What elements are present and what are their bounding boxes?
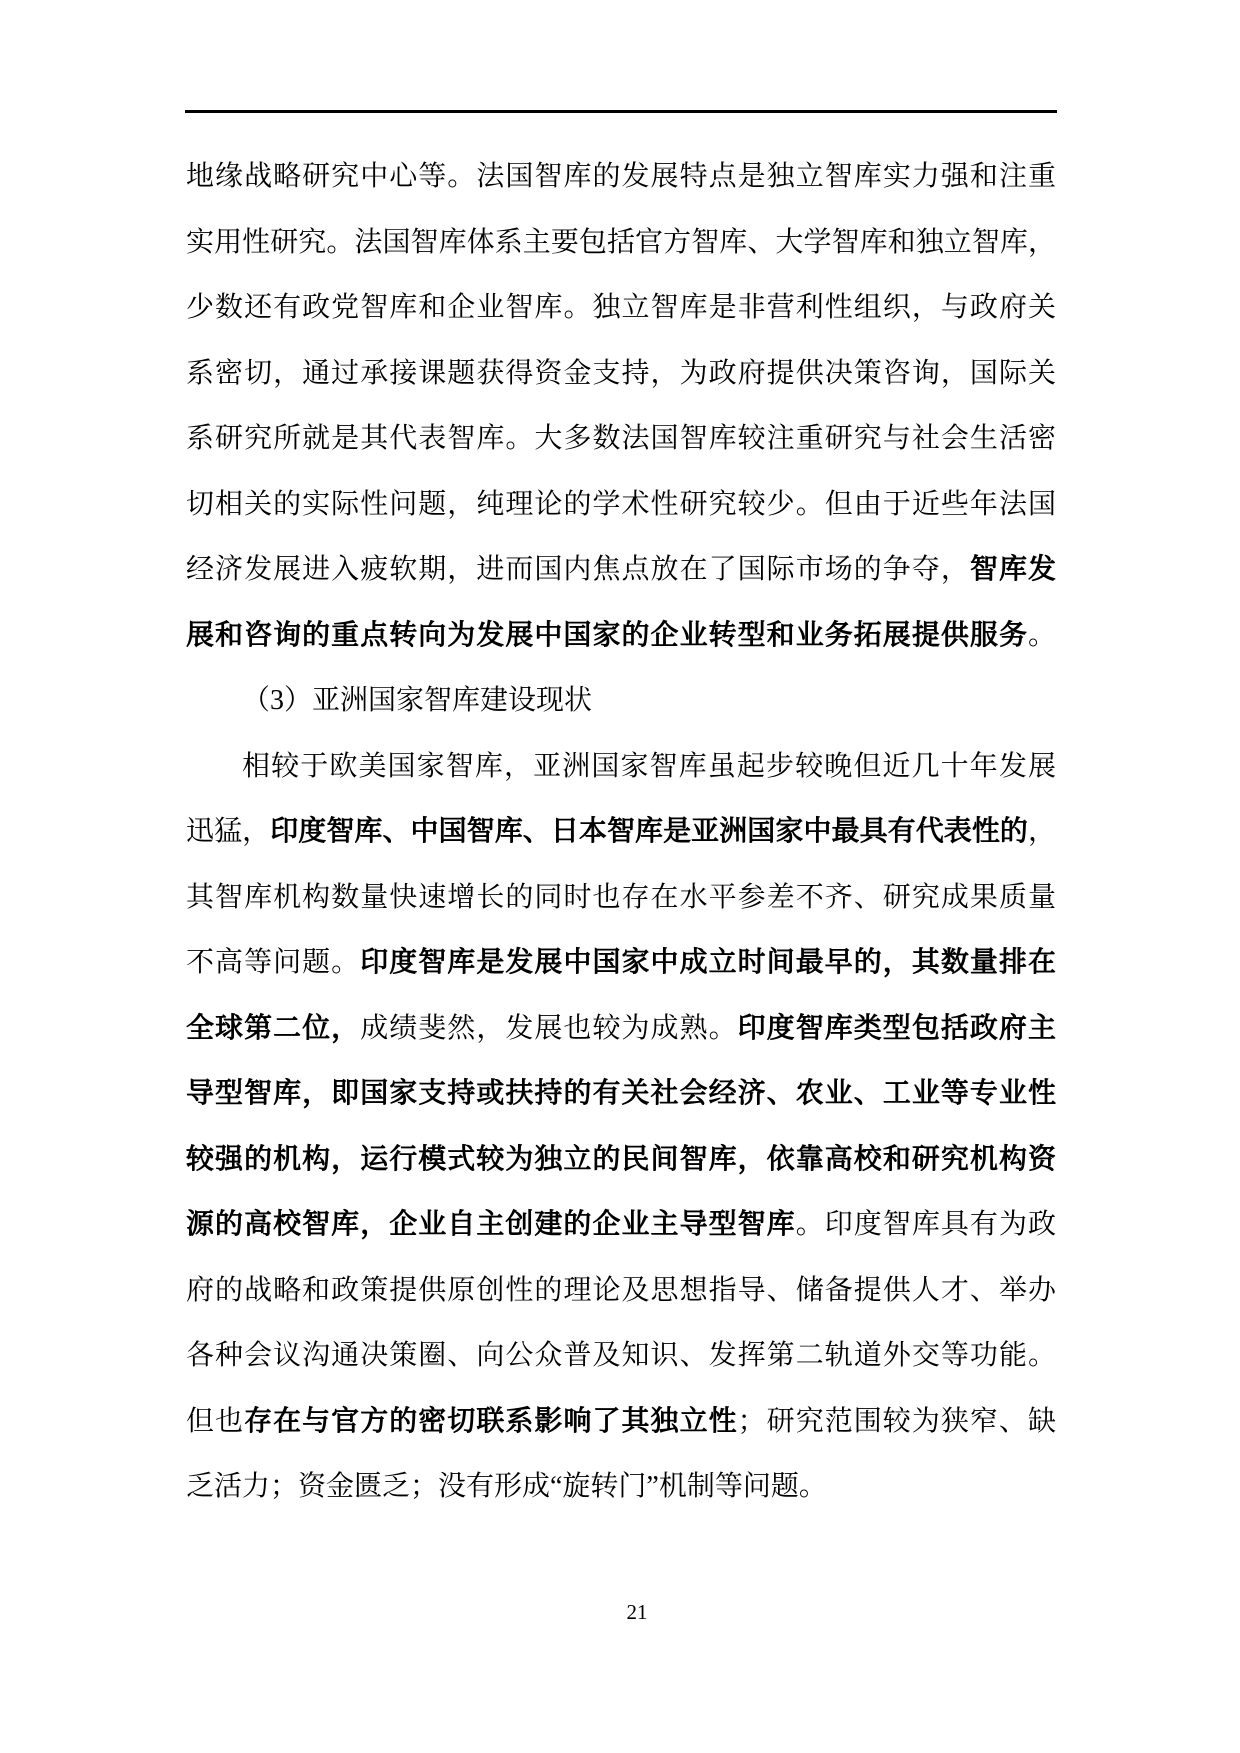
- text-segment: 少数还有政党智库和企业智库。独立智库是非营利性组织，与政府关: [186, 292, 1056, 323]
- paragraph-line: 府的战略和政策提供原创性的理论及思想指导、储备提供人才、举办: [186, 1258, 1056, 1324]
- bold-text-segment: 印度智库、中国智库、日本智库是亚洲国家中最具有代表性的: [270, 816, 1028, 847]
- text-segment: 迅猛，: [186, 816, 270, 847]
- bold-text-segment: 较强的机构，运行模式较为独立的民间智库，依靠高校和研究机构资: [186, 1144, 1056, 1175]
- paragraph-line: 实用性研究。法国智库体系主要包括官方智库、大学智库和独立智库，: [186, 210, 1056, 276]
- paragraph-line: 迅猛，印度智库、中国智库、日本智库是亚洲国家中最具有代表性的，: [186, 799, 1056, 865]
- text-segment: 系密切，通过承接课题获得资金支持，为政府提供决策咨询，国际关: [186, 358, 1056, 389]
- paragraph-line: 乏活力；资金匮乏；没有形成“旋转门”机制等问题。: [186, 1454, 1056, 1520]
- text-segment: 。印度智库具有为政: [796, 1209, 1056, 1240]
- text-segment: 地缘战略研究中心等。法国智库的发展特点是独立智库实力强和注重: [186, 161, 1056, 192]
- bold-text-segment: 智库发: [970, 554, 1056, 585]
- text-segment: 经济发展进入疲软期，进而国内焦点放在了国际市场的争夺，: [186, 554, 970, 585]
- text-segment: 系研究所就是其代表智库。大多数法国智库较注重研究与社会生活密: [186, 423, 1056, 454]
- body-text: 地缘战略研究中心等。法国智库的发展特点是独立智库实力强和注重实用性研究。法国智库…: [186, 144, 1056, 1520]
- text-segment: 乏活力；资金匮乏；没有形成“旋转门”机制等问题。: [186, 1471, 827, 1502]
- text-segment: 切相关的实际性问题，纯理论的学术性研究较少。但由于近些年法国: [186, 489, 1056, 520]
- paragraph-line: 经济发展进入疲软期，进而国内焦点放在了国际市场的争夺，智库发: [186, 537, 1056, 603]
- paragraph-line: 地缘战略研究中心等。法国智库的发展特点是独立智库实力强和注重: [186, 144, 1056, 210]
- text-segment: 各种会议沟通决策圈、向公众普及知识、发挥第二轨道外交等功能。: [186, 1340, 1056, 1371]
- paragraph-line: 源的高校智库，企业自主创建的企业主导型智库。印度智库具有为政: [186, 1192, 1056, 1258]
- bold-text-segment: 存在与官方的密切联系影响了其独立性: [244, 1406, 738, 1437]
- text-segment: 其智库机构数量快速增长的同时也存在水平参差不齐、研究成果质量: [186, 882, 1056, 913]
- paragraph-line: 各种会议沟通决策圈、向公众普及知识、发挥第二轨道外交等功能。: [186, 1323, 1056, 1389]
- paragraph-line: 但也存在与官方的密切联系影响了其独立性；研究范围较为狭窄、缺: [186, 1389, 1056, 1455]
- paragraph-line: 系研究所就是其代表智库。大多数法国智库较注重研究与社会生活密: [186, 406, 1056, 472]
- paragraph-line: 导型智库，即国家支持或扶持的有关社会经济、农业、工业等专业性: [186, 1061, 1056, 1127]
- paragraph-line: 不高等问题。印度智库是发展中国家中成立时间最早的，其数量排在: [186, 930, 1056, 996]
- text-segment: （3）亚洲国家智库建设现状: [242, 685, 592, 716]
- page-number: 21: [34, 1600, 1240, 1625]
- text-segment: 成绩斐然，发展也较为成熟。: [360, 1013, 737, 1044]
- text-segment: 府的战略和政策提供原创性的理论及思想指导、储备提供人才、举办: [186, 1275, 1056, 1306]
- paragraph-line: 较强的机构，运行模式较为独立的民间智库，依靠高校和研究机构资: [186, 1127, 1056, 1193]
- paragraph-line: 少数还有政党智库和企业智库。独立智库是非营利性组织，与政府关: [186, 275, 1056, 341]
- paragraph-line: 切相关的实际性问题，纯理论的学术性研究较少。但由于近些年法国: [186, 472, 1056, 538]
- bold-text-segment: 印度智库是发展中国家中成立时间最早的，其数量排在: [360, 947, 1056, 978]
- bold-text-segment: 展和咨询的重点转向为发展中国家的企业转型和业务拓展提供服务: [186, 620, 1028, 651]
- bold-text-segment: 全球第二位，: [186, 1013, 360, 1044]
- section-heading: （3）亚洲国家智库建设现状: [186, 668, 1056, 734]
- text-segment: 不高等问题。: [186, 947, 360, 978]
- bold-text-segment: 印度智库类型包括政府主: [738, 1013, 1056, 1044]
- header-rule: [185, 110, 1057, 113]
- text-segment: ；研究范围较为狭窄、缺: [738, 1406, 1056, 1437]
- paragraph-line: 系密切，通过承接课题获得资金支持，为政府提供决策咨询，国际关: [186, 341, 1056, 407]
- text-segment: ，: [1028, 816, 1056, 847]
- paragraph-line: 展和咨询的重点转向为发展中国家的企业转型和业务拓展提供服务。: [186, 603, 1056, 669]
- text-segment: 。: [1028, 620, 1056, 651]
- document-page: 地缘战略研究中心等。法国智库的发展特点是独立智库实力强和注重实用性研究。法国智库…: [0, 0, 1240, 1753]
- text-segment: 相较于欧美国家智库，亚洲国家智库虽起步较晚但近几十年发展: [242, 751, 1056, 782]
- paragraph-line: 相较于欧美国家智库，亚洲国家智库虽起步较晚但近几十年发展: [186, 734, 1056, 800]
- paragraph-line: 其智库机构数量快速增长的同时也存在水平参差不齐、研究成果质量: [186, 865, 1056, 931]
- bold-text-segment: 源的高校智库，企业自主创建的企业主导型智库: [186, 1209, 796, 1240]
- text-segment: 实用性研究。法国智库体系主要包括官方智库、大学智库和独立智库，: [186, 227, 1056, 258]
- paragraph-line: 全球第二位，成绩斐然，发展也较为成熟。印度智库类型包括政府主: [186, 996, 1056, 1062]
- bold-text-segment: 导型智库，即国家支持或扶持的有关社会经济、农业、工业等专业性: [186, 1078, 1056, 1109]
- text-segment: 但也: [186, 1406, 244, 1437]
